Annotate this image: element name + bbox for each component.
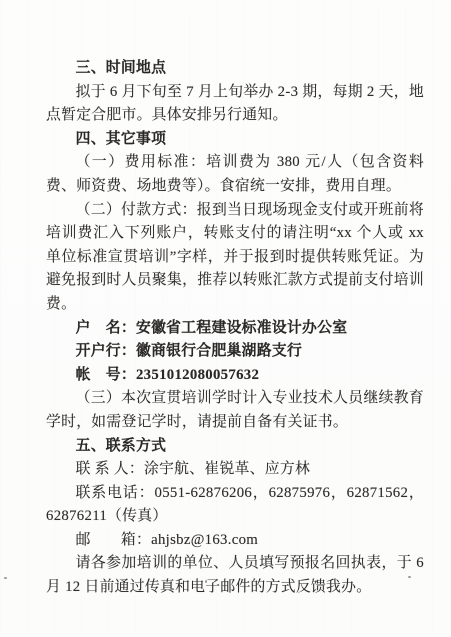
bank-branch-line: 开户行：徽商银行合肥巢湖路支行 — [46, 340, 424, 364]
bank-account-number-line: 帐 号：2351012080057632 — [46, 364, 424, 388]
bank-account-name-value: 安徽省工程建设标准设计办公室 — [136, 320, 347, 336]
bank-account-number-value: 2351012080057632 — [136, 367, 259, 383]
paragraph-credit-hours: （三）本次宣贯培训学时计入专业技术人员继续教育学时，如需登记学时，请提前自备有关… — [46, 387, 424, 434]
contact-email-value: ahjsbz@163.com — [151, 532, 258, 548]
document-body: 三、时间地点 拟于 6 月下旬至 7 月上旬举办 2-3 期，每期 2 天，地点… — [46, 57, 424, 600]
bank-account-number-label: 帐 号： — [76, 367, 136, 383]
section-heading-other-matters: 四、其它事项 — [46, 128, 424, 152]
contact-email-line: 邮 箱：ahjsbz@163.com — [46, 529, 424, 553]
contact-person-value: 涂宇航、崔锐革、应方林 — [144, 461, 310, 477]
paragraph-fee-standard: （一）费用标准：培训费为 380 元/人（包含资料费、师资费、场地费等）。食宿统… — [46, 151, 424, 198]
contact-phone-line: 联系电话：0551-62876206，62875976，62871562，628… — [46, 482, 424, 529]
bank-branch-label: 开户行： — [76, 343, 136, 359]
bank-account-name-line: 户 名：安徽省工程建设标准设计办公室 — [46, 317, 424, 341]
contact-person-line: 联 系 人：涂宇航、崔锐革、应方林 — [46, 458, 424, 482]
scan-speck — [408, 576, 411, 578]
paragraph-payment-method: （二）付款方式：报到当日现场现金支付或开班前将培训费汇入下列账户，转账支付的请注… — [46, 199, 424, 317]
section-heading-contact: 五、联系方式 — [46, 435, 424, 459]
bank-account-name-label: 户 名： — [76, 320, 136, 336]
contact-phone-label: 联系电话： — [76, 485, 155, 501]
contact-person-label: 联 系 人： — [76, 461, 144, 477]
paragraph-time-location: 拟于 6 月下旬至 7 月上旬举办 2-3 期，每期 2 天，地点暂定合肥市。具… — [46, 81, 424, 128]
scanned-document-page: 三、时间地点 拟于 6 月下旬至 7 月上旬举办 2-3 期，每期 2 天，地点… — [0, 0, 451, 637]
scan-speck — [205, 580, 207, 583]
scan-speck — [4, 577, 7, 579]
contact-email-label: 邮 箱： — [76, 532, 152, 548]
paragraph-closing-reply: 请各参加培训的单位、人员填写预报名回执表，于 6 月 12 日前通过传真和电子邮… — [46, 552, 424, 599]
bank-branch-value: 徽商银行合肥巢湖路支行 — [136, 343, 302, 359]
section-heading-time-location: 三、时间地点 — [46, 57, 424, 81]
